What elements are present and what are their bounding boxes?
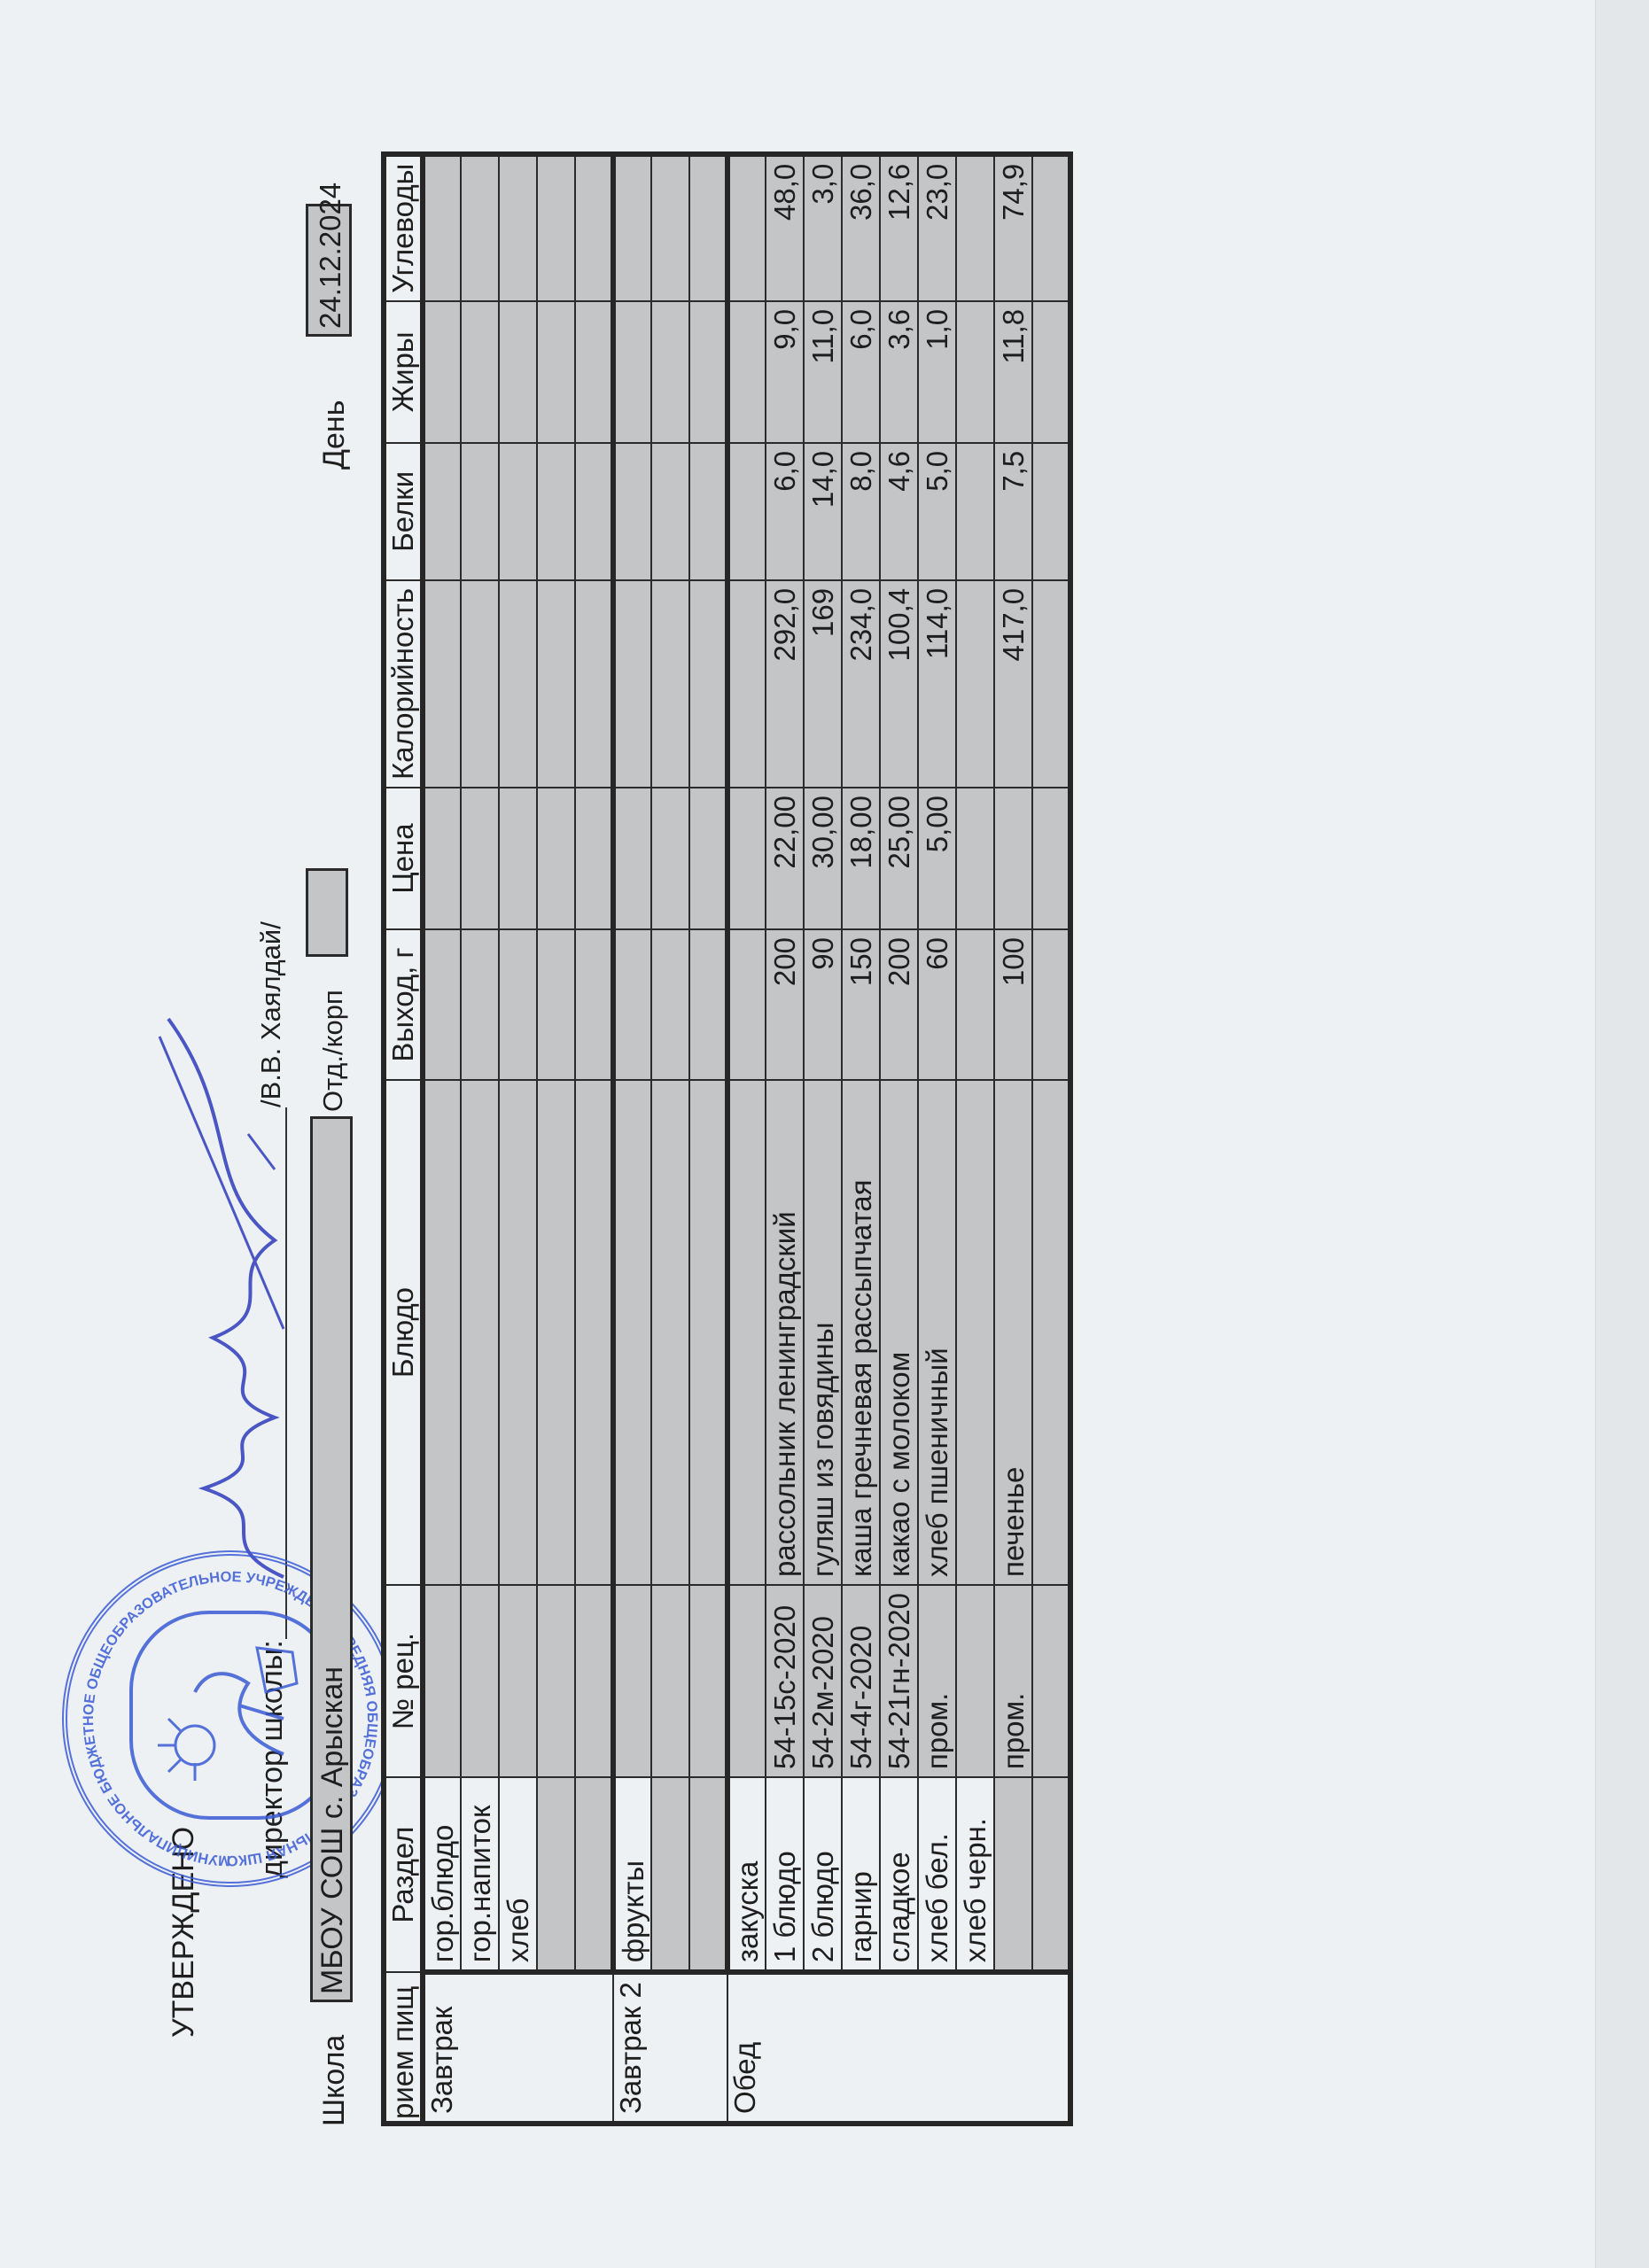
school-label: Школа — [319, 2035, 349, 2126]
dish-cell[interactable]: каша гречневая рассыпчатая — [842, 1080, 880, 1585]
yield-cell[interactable] — [613, 929, 651, 1080]
recipe-cell[interactable]: 54-4г-2020 — [842, 1585, 880, 1777]
yield-cell[interactable] — [651, 929, 689, 1080]
recipe-cell[interactable]: пром. — [994, 1585, 1032, 1777]
price-cell[interactable]: 18,00 — [842, 788, 880, 929]
recipe-cell[interactable] — [956, 1585, 994, 1777]
col-meal: риeм пищ — [384, 1972, 423, 2124]
menu-table: риeм пищ Раздел № рец. Блюдо Выход, г Це… — [381, 151, 1073, 2126]
section-cell[interactable]: гор.напиток — [461, 1777, 499, 1972]
price-cell[interactable] — [994, 788, 1032, 929]
dish-cell[interactable] — [727, 1080, 766, 1585]
department-label: Отд./корп — [319, 990, 346, 1112]
table-row: Завтракгор.блюдо — [423, 154, 461, 2124]
dish-cell[interactable] — [613, 1080, 651, 1585]
day-field[interactable]: 24.12.2024 — [306, 204, 352, 337]
protein-cell[interactable]: 5,0 — [918, 443, 956, 580]
carbs-cell[interactable] — [651, 154, 689, 301]
table-row — [1032, 154, 1070, 2124]
yield-cell[interactable]: 90 — [804, 929, 842, 1080]
recipe-cell[interactable]: 54-21гн-2020 — [880, 1585, 918, 1777]
yield-cell[interactable] — [423, 929, 461, 1080]
table-header-row: риeм пищ Раздел № рец. Блюдо Выход, г Це… — [384, 154, 423, 2124]
dish-cell[interactable] — [1032, 1080, 1070, 1585]
kcal-cell[interactable]: 417,0 — [994, 580, 1032, 788]
table-row: 2 блюдо54-2м-2020гуляш из говядины9030,0… — [804, 154, 842, 2124]
carbs-cell[interactable] — [423, 154, 461, 301]
price-cell[interactable] — [689, 788, 727, 929]
kcal-cell[interactable] — [461, 580, 499, 788]
section-cell[interactable]: гор.блюдо — [423, 1777, 461, 1972]
dish-cell[interactable] — [499, 1080, 537, 1585]
section-cell[interactable] — [1032, 1777, 1070, 1972]
recipe-cell[interactable]: пром. — [918, 1585, 956, 1777]
protein-cell[interactable]: 14,0 — [804, 443, 842, 580]
kcal-cell[interactable] — [689, 580, 727, 788]
seal-emblem-icon — [129, 1611, 338, 1820]
recipe-cell[interactable] — [423, 1585, 461, 1777]
protein-cell[interactable]: 6,0 — [766, 443, 804, 580]
dish-cell[interactable]: гуляш из говядины — [804, 1080, 842, 1585]
protein-cell[interactable] — [956, 443, 994, 580]
recipe-cell[interactable] — [499, 1585, 537, 1777]
yield-cell[interactable] — [499, 929, 537, 1080]
fat-cell[interactable] — [689, 301, 727, 443]
yield-cell[interactable]: 200 — [880, 929, 918, 1080]
dish-cell[interactable]: рассольник ленинградский — [766, 1080, 804, 1585]
kcal-cell[interactable]: 292,0 — [766, 580, 804, 788]
protein-cell[interactable] — [613, 443, 651, 580]
fat-cell[interactable] — [499, 301, 537, 443]
signature-icon — [151, 1010, 301, 1595]
section-cell[interactable]: хлеб черн. — [956, 1777, 994, 1972]
dish-cell[interactable] — [651, 1080, 689, 1585]
fat-cell[interactable]: 11,0 — [804, 301, 842, 443]
menu-table-body: Завтракгор.блюдогор.напитокхлебЗавтрак 2… — [423, 154, 1070, 2124]
section-cell[interactable]: фрукты — [613, 1777, 651, 1972]
recipe-cell[interactable]: 54-15с-2020 — [766, 1585, 804, 1777]
yield-cell[interactable] — [1032, 929, 1070, 1080]
carbs-cell[interactable] — [499, 154, 537, 301]
yield-cell[interactable] — [956, 929, 994, 1080]
carbs-cell[interactable] — [727, 154, 766, 301]
kcal-cell[interactable] — [727, 580, 766, 788]
protein-cell[interactable]: 7,5 — [994, 443, 1032, 580]
section-cell[interactable] — [994, 1777, 1032, 1972]
protein-cell[interactable]: 4,6 — [880, 443, 918, 580]
table-row — [575, 154, 613, 2124]
protein-cell[interactable] — [461, 443, 499, 580]
col-dish: Блюдо — [384, 1080, 423, 1585]
price-cell[interactable]: 30,00 — [804, 788, 842, 929]
kcal-cell[interactable] — [1032, 580, 1070, 788]
school-value: МБОУ СОШ с. Арыскан — [317, 1666, 347, 1994]
recipe-cell[interactable] — [537, 1585, 575, 1777]
carbs-cell[interactable] — [613, 154, 651, 301]
price-cell[interactable] — [956, 788, 994, 929]
dish-cell[interactable]: печенье — [994, 1080, 1032, 1585]
section-cell[interactable]: гарнир — [842, 1777, 880, 1972]
fat-cell[interactable]: 11,8 — [994, 301, 1032, 443]
carbs-cell[interactable]: 48,0 — [766, 154, 804, 301]
recipe-cell[interactable] — [575, 1585, 613, 1777]
dish-cell[interactable] — [956, 1080, 994, 1585]
col-fat: Жиры — [384, 301, 423, 443]
section-cell[interactable]: 1 блюдо — [766, 1777, 804, 1972]
yield-cell[interactable]: 100 — [994, 929, 1032, 1080]
kcal-cell[interactable]: 234,0 — [842, 580, 880, 788]
menu-page: УТВЕРЖДЕНО директор школы: /В.В. Хаялдай… — [0, 0, 1649, 2268]
table-row: гор.напиток — [461, 154, 499, 2124]
yield-cell[interactable] — [537, 929, 575, 1080]
department-field[interactable] — [306, 868, 348, 957]
kcal-cell[interactable] — [651, 580, 689, 788]
price-cell[interactable] — [461, 788, 499, 929]
dish-cell[interactable] — [689, 1080, 727, 1585]
kcal-cell[interactable] — [956, 580, 994, 788]
fat-cell[interactable] — [1032, 301, 1070, 443]
price-cell[interactable] — [727, 788, 766, 929]
price-cell[interactable] — [651, 788, 689, 929]
recipe-cell[interactable] — [461, 1585, 499, 1777]
col-protein: Белки — [384, 443, 423, 580]
table-row: Завтрак 2фрукты — [613, 154, 651, 2124]
fat-cell[interactable]: 9,0 — [766, 301, 804, 443]
carbs-cell[interactable]: 3,0 — [804, 154, 842, 301]
yield-cell[interactable]: 200 — [766, 929, 804, 1080]
yield-cell[interactable] — [727, 929, 766, 1080]
section-cell[interactable]: 2 блюдо — [804, 1777, 842, 1972]
col-recipe: № рец. — [384, 1585, 423, 1777]
price-cell[interactable] — [537, 788, 575, 929]
school-field[interactable]: МБОУ СОШ с. Арыскан — [310, 1116, 353, 2002]
day-value: 24.12.2024 — [315, 183, 345, 329]
protein-cell[interactable] — [499, 443, 537, 580]
section-cell[interactable]: хлеб бел. — [918, 1777, 956, 1972]
yield-cell[interactable] — [689, 929, 727, 1080]
dish-cell[interactable]: какао с молоком — [880, 1080, 918, 1585]
price-cell[interactable]: 22,00 — [766, 788, 804, 929]
yield-cell[interactable] — [575, 929, 613, 1080]
yield-cell[interactable]: 150 — [842, 929, 880, 1080]
fat-cell[interactable] — [575, 301, 613, 443]
recipe-cell[interactable]: 54-2м-2020 — [804, 1585, 842, 1777]
section-cell[interactable] — [689, 1777, 727, 1972]
fat-cell[interactable] — [956, 301, 994, 443]
meal-cell: Завтрак 2 — [613, 1972, 727, 2124]
col-section: Раздел — [384, 1777, 423, 1972]
table-row: Обедзакуска — [727, 154, 766, 2124]
fat-cell[interactable] — [613, 301, 651, 443]
price-cell[interactable] — [575, 788, 613, 929]
protein-cell[interactable] — [575, 443, 613, 580]
kcal-cell[interactable] — [423, 580, 461, 788]
price-cell[interactable] — [1032, 788, 1070, 929]
table-row — [651, 154, 689, 2124]
fat-cell[interactable] — [537, 301, 575, 443]
dish-cell[interactable] — [423, 1080, 461, 1585]
dish-cell[interactable]: хлеб пшеничный — [918, 1080, 956, 1585]
carbs-cell[interactable] — [575, 154, 613, 301]
recipe-cell[interactable] — [727, 1585, 766, 1777]
kcal-cell[interactable]: 114,0 — [918, 580, 956, 788]
table-row: сладкое54-21гн-2020какао с молоком20025,… — [880, 154, 918, 2124]
section-cell[interactable]: хлеб — [499, 1777, 537, 1972]
carbs-cell[interactable] — [461, 154, 499, 301]
price-cell[interactable]: 25,00 — [880, 788, 918, 929]
recipe-cell[interactable] — [651, 1585, 689, 1777]
carbs-cell[interactable]: 23,0 — [918, 154, 956, 301]
table-row — [537, 154, 575, 2124]
table-row — [689, 154, 727, 2124]
meal-cell: Обед — [727, 1972, 1070, 2124]
kcal-cell[interactable] — [537, 580, 575, 788]
protein-cell[interactable] — [727, 443, 766, 580]
carbs-cell[interactable] — [956, 154, 994, 301]
carbs-cell[interactable] — [1032, 154, 1070, 301]
recipe-cell[interactable] — [689, 1585, 727, 1777]
table-row: хлеб черн. — [956, 154, 994, 2124]
fat-cell[interactable]: 1,0 — [918, 301, 956, 443]
fat-cell[interactable] — [461, 301, 499, 443]
price-cell[interactable] — [499, 788, 537, 929]
fat-cell[interactable]: 6,0 — [842, 301, 880, 443]
protein-cell[interactable] — [651, 443, 689, 580]
table-row: гарнир54-4г-2020каша гречневая рассыпчат… — [842, 154, 880, 2124]
carbs-cell[interactable]: 74,9 — [994, 154, 1032, 301]
day-label: День — [319, 400, 349, 470]
table-row: хлеб — [499, 154, 537, 2124]
kcal-cell[interactable] — [575, 580, 613, 788]
table-row: хлеб бел.пром.хлеб пшеничный605,00114,05… — [918, 154, 956, 2124]
table-row: пром.печенье100417,07,511,874,9 — [994, 154, 1032, 2124]
protein-cell[interactable]: 8,0 — [842, 443, 880, 580]
fat-cell[interactable] — [423, 301, 461, 443]
fat-cell[interactable]: 3,6 — [880, 301, 918, 443]
kcal-cell[interactable] — [499, 580, 537, 788]
price-cell[interactable] — [613, 788, 651, 929]
section-cell[interactable] — [651, 1777, 689, 1972]
dish-cell[interactable] — [461, 1080, 499, 1585]
carbs-cell[interactable]: 12,6 — [880, 154, 918, 301]
price-cell[interactable] — [423, 788, 461, 929]
protein-cell[interactable] — [537, 443, 575, 580]
dish-cell[interactable] — [575, 1080, 613, 1585]
recipe-cell[interactable] — [613, 1585, 651, 1777]
col-carbs: Углеводы — [384, 154, 423, 301]
protein-cell[interactable] — [689, 443, 727, 580]
recipe-cell[interactable] — [1032, 1585, 1070, 1777]
section-cell[interactable]: закуска — [727, 1777, 766, 1972]
col-kcal: Калорийность — [384, 580, 423, 788]
yield-cell[interactable] — [461, 929, 499, 1080]
section-cell[interactable] — [537, 1777, 575, 1972]
kcal-cell[interactable] — [613, 580, 651, 788]
col-price: Цена — [384, 788, 423, 929]
section-cell[interactable] — [575, 1777, 613, 1972]
protein-cell[interactable] — [423, 443, 461, 580]
price-cell[interactable]: 5,00 — [918, 788, 956, 929]
carbs-cell[interactable] — [689, 154, 727, 301]
protein-cell[interactable] — [1032, 443, 1070, 580]
table-row: 1 блюдо54-15с-2020рассольник ленинградск… — [766, 154, 804, 2124]
carbs-cell[interactable] — [537, 154, 575, 301]
dish-cell[interactable] — [537, 1080, 575, 1585]
yield-cell[interactable]: 60 — [918, 929, 956, 1080]
fat-cell[interactable] — [651, 301, 689, 443]
kcal-cell[interactable]: 169 — [804, 580, 842, 788]
col-yield: Выход, г — [384, 929, 423, 1080]
fat-cell[interactable] — [727, 301, 766, 443]
section-cell[interactable]: сладкое — [880, 1777, 918, 1972]
carbs-cell[interactable]: 36,0 — [842, 154, 880, 301]
meal-cell: Завтрак — [423, 1972, 613, 2124]
kcal-cell[interactable]: 100,4 — [880, 580, 918, 788]
